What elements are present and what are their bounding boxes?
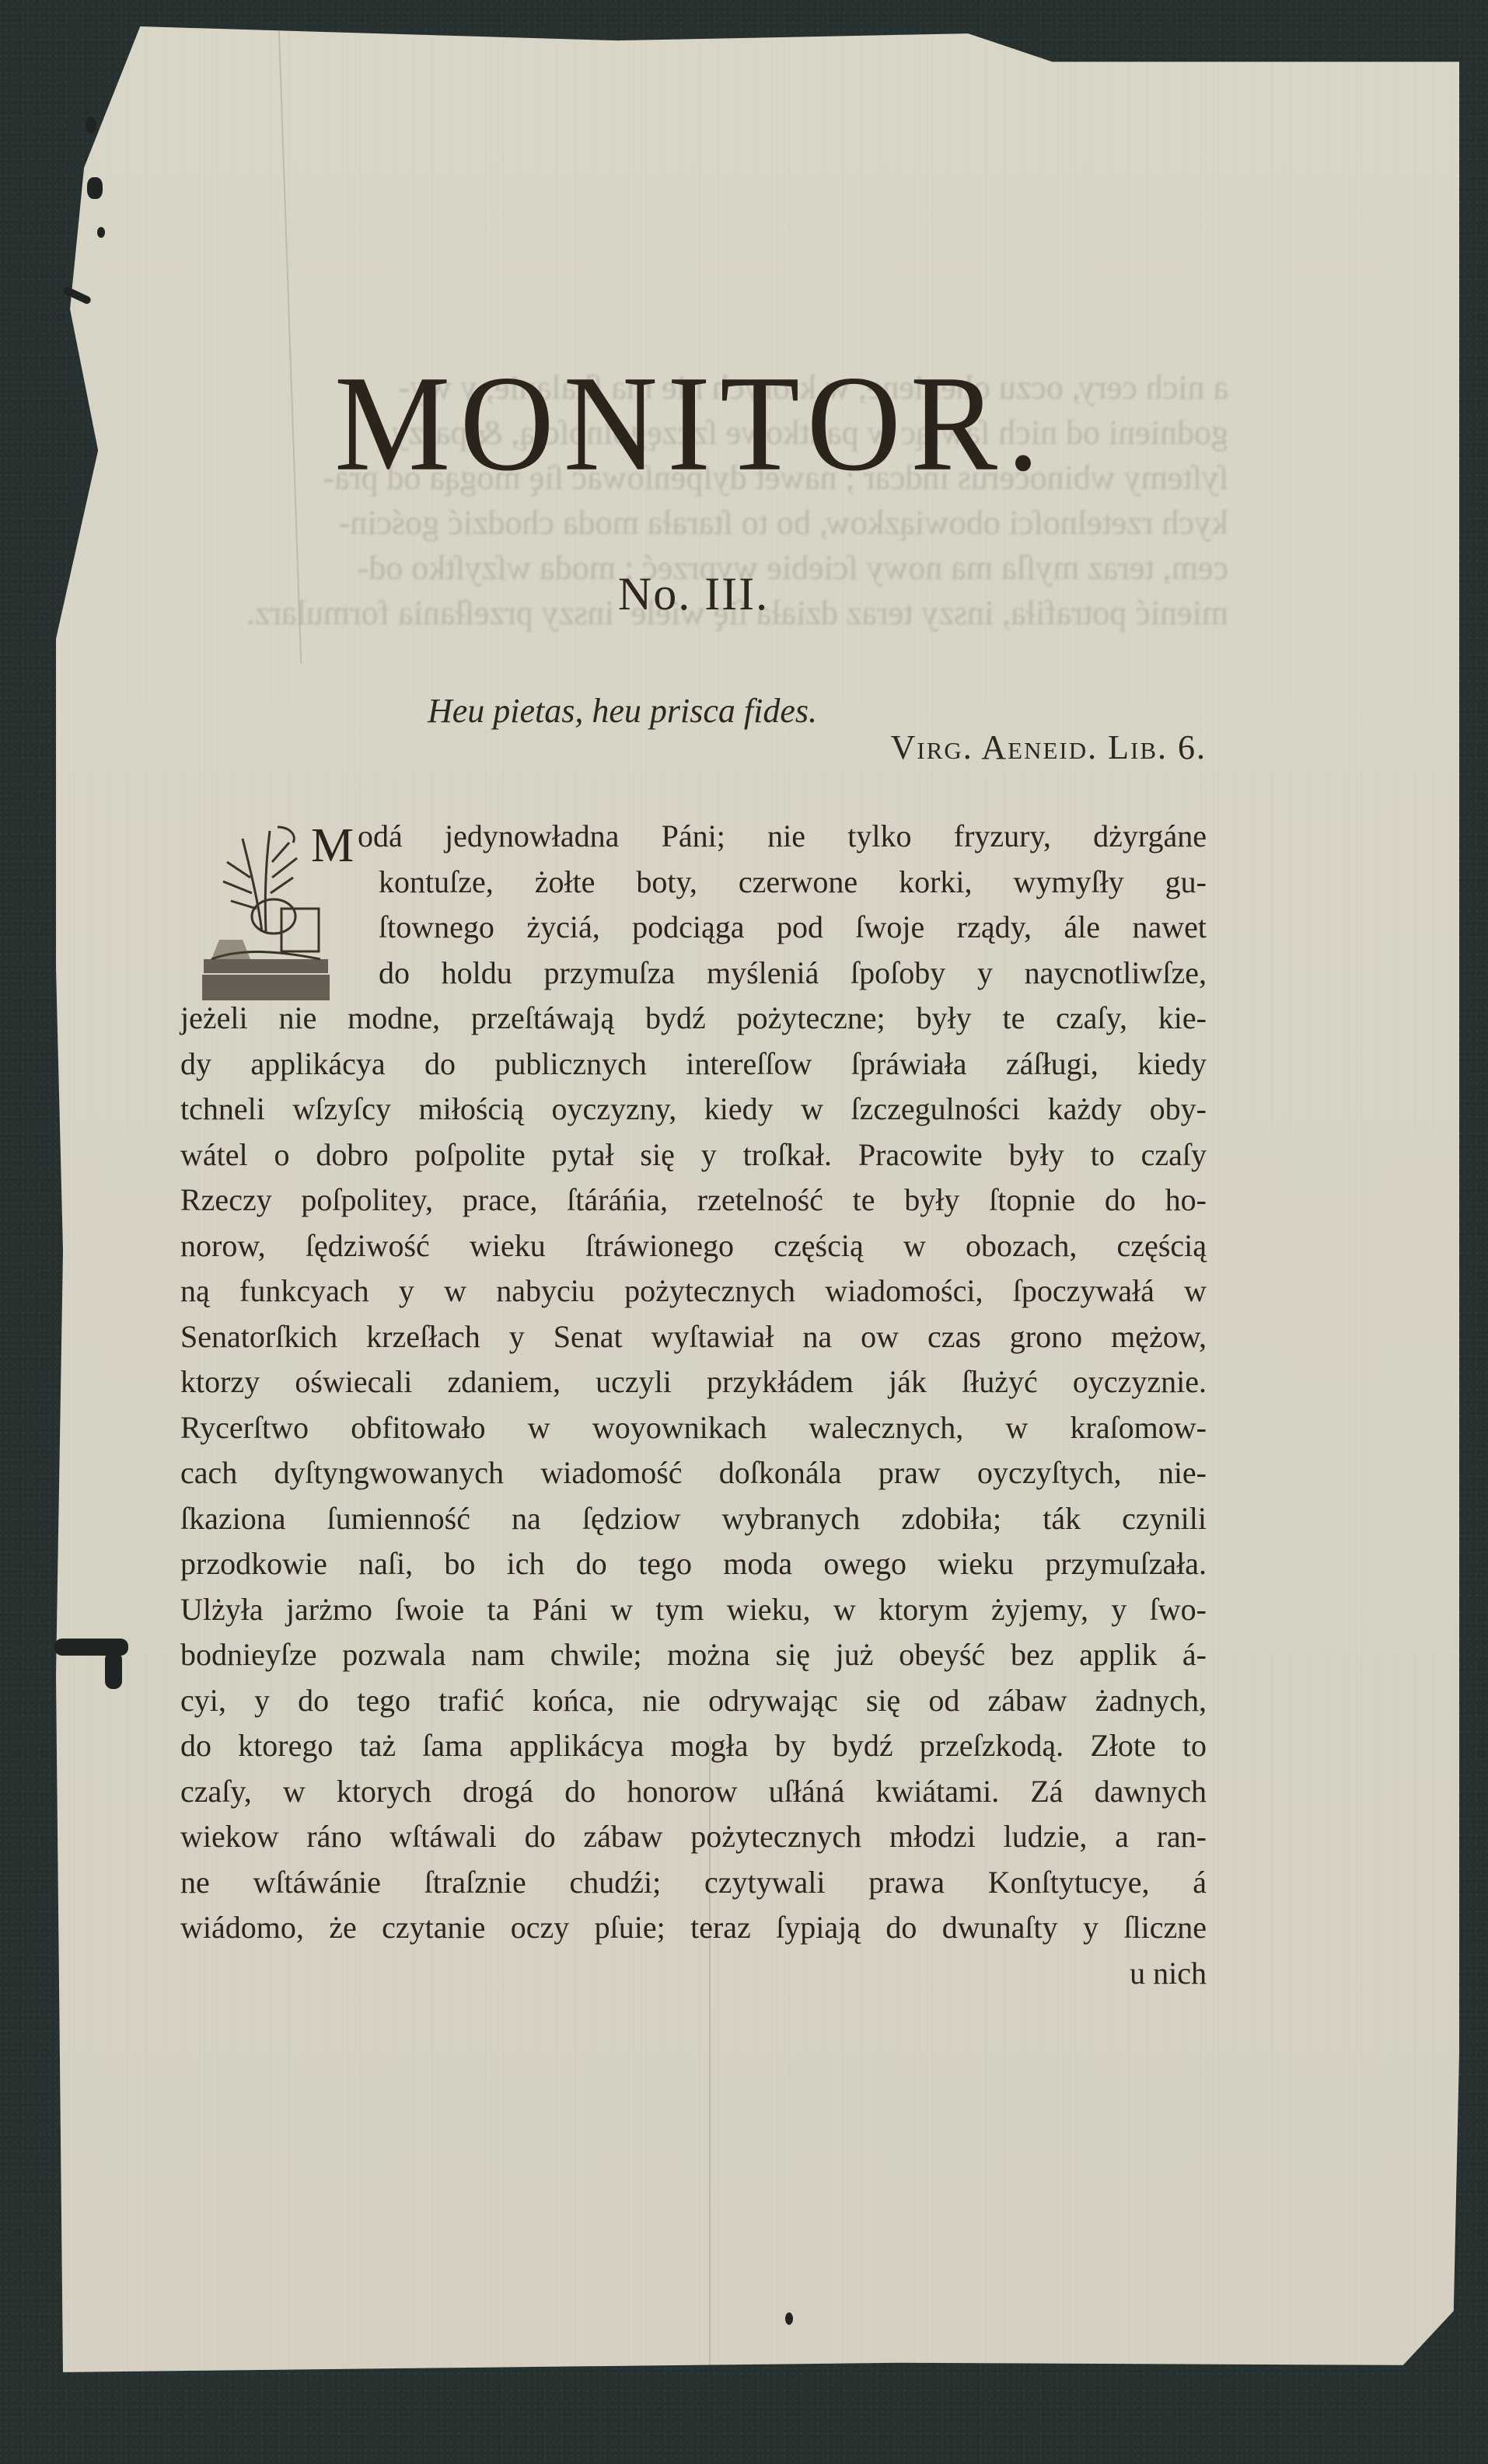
body-line: dy applikácya do publicznych intereſſow …	[180, 1042, 1207, 1087]
body-line: Rzeczy poſpolitey, prace, ſtáráńia, rzet…	[180, 1178, 1207, 1223]
body-line: do ktorego taż ſama applikácya mogła by …	[180, 1723, 1207, 1769]
body-line: norow, ſędziwość wieku ſtráwionego częśc…	[180, 1223, 1207, 1269]
paper-damage-hole	[86, 117, 96, 134]
body-line: odá jedynowładna Páni; nie tylko fryzury…	[358, 814, 1207, 860]
body-line: kontuſze, żołte boty, czerwone korki, wy…	[379, 860, 1207, 906]
catchword: u nich	[180, 1951, 1207, 1997]
body-line: ne wſtáwánie ſtraſznie chudźi; czytywali…	[180, 1860, 1207, 1906]
body-line: cyi, y do tego trafić końca, nie odrywaj…	[180, 1678, 1207, 1724]
masthead-title: MONITOR.	[176, 362, 1207, 485]
epigraph-attribution: Virg. Aeneid. Lib. 6.	[180, 728, 1207, 767]
body-line: ſtownego życiá, podciąga pod ſwoje rządy…	[379, 905, 1207, 951]
body-line: Rycerſtwo obfitowało w woyownikach walec…	[180, 1405, 1207, 1451]
body-line: jeżeli nie modne, przeſtáwają bydź pożyt…	[180, 996, 1207, 1042]
body-line: tchneli wſzyſcy miłością oyczyzny, kiedy…	[180, 1087, 1207, 1133]
body-line: wiádomo, że czytanie oczy pſuie; teraz ſ…	[180, 1905, 1207, 1951]
body-line: czaſy, w ktorych drogá do honorow uſłáná…	[180, 1769, 1207, 1815]
body-line: Senatorſkich krzeſłach y Senat wyſtawiał…	[180, 1314, 1207, 1360]
issue-number: No. III.	[180, 567, 1207, 621]
body-line: wiekow ráno wſtáwali do zábaw pożyteczny…	[180, 1814, 1207, 1860]
body-line: ktorzy oświecali zdaniem, uczyli przykłá…	[180, 1359, 1207, 1405]
body-line: Ulżyła jarżmo ſwoie ta Páni w tym wieku,…	[180, 1587, 1207, 1633]
epigraph-quote: Heu pietas, heu prisca fides.	[428, 691, 1207, 731]
document-content: MONITOR. No. III. Heu pietas, heu prisca…	[180, 365, 1207, 1996]
body-line: ſkaziona ſumienność na ſędziow wybranych…	[180, 1496, 1207, 1542]
body-line: cach dyſtyngwowanych wiadomość doſkonála…	[180, 1450, 1207, 1496]
dropcap-letter: M	[311, 822, 354, 870]
body-line: przodkowie naſi, bo ich do tego moda owe…	[180, 1541, 1207, 1587]
article-body: M odá jedynowładna Páni; nie tylko fryzu…	[180, 814, 1207, 1996]
body-line: do holdu przymuſza myśleniá ſpoſoby y na…	[379, 951, 1207, 996]
body-line: wátel o dobro poſpolite pytał się y troſ…	[180, 1133, 1207, 1178]
body-line: ną funkcyach y w nabyciu pożytecznych wi…	[180, 1269, 1207, 1314]
body-line: bodnieyſze pozwala nam chwile; można się…	[180, 1632, 1207, 1678]
